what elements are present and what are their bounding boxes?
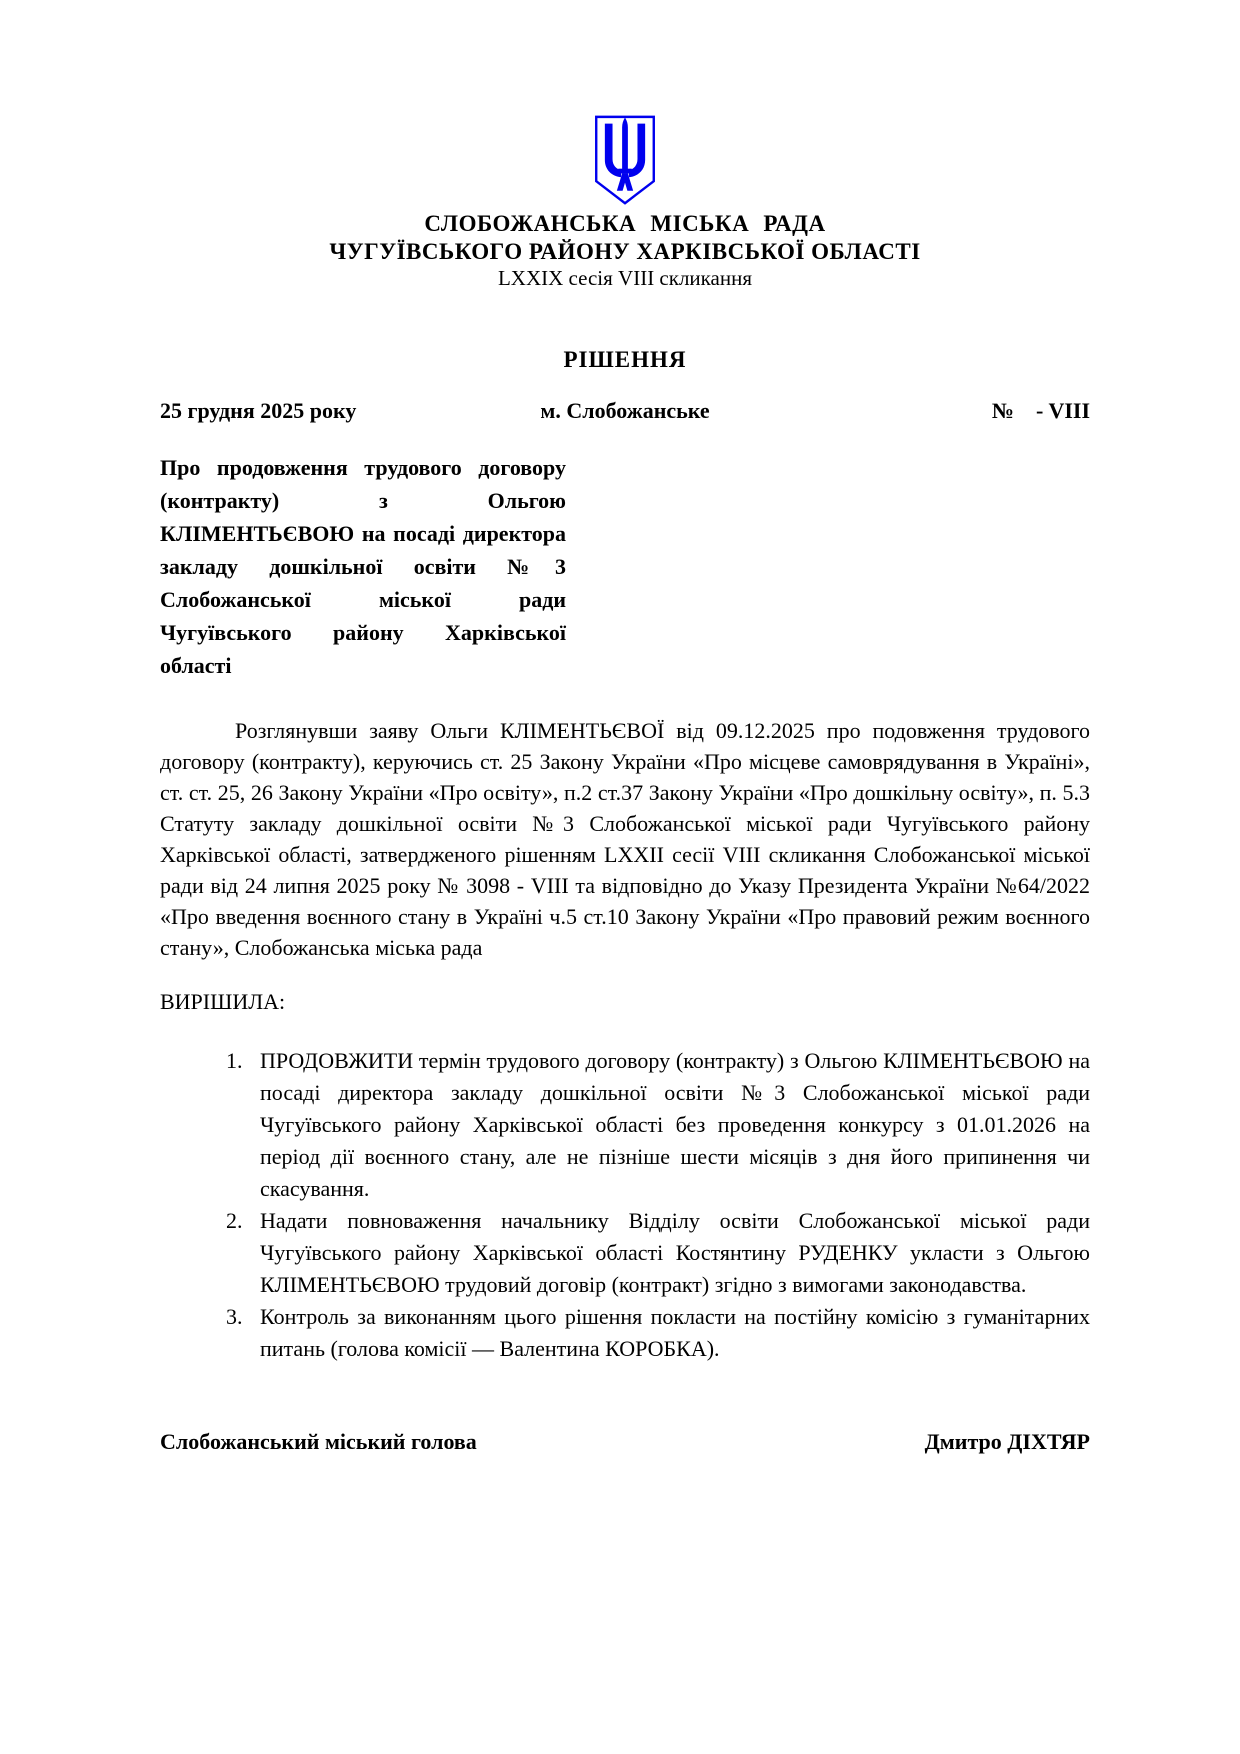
document-type-title: РІШЕННЯ bbox=[160, 347, 1090, 373]
subject-paragraph: Про продовження трудового договору (конт… bbox=[160, 451, 566, 682]
resolution-item: 1. ПРОДОВЖИТИ термін трудового договору … bbox=[226, 1045, 1090, 1205]
signature-position: Слобожанський міський голова bbox=[160, 1429, 477, 1455]
session-line: LXXIX сесія VIII скликання bbox=[160, 265, 1090, 291]
resolution-item-number: 2. bbox=[226, 1205, 260, 1301]
meta-row: 25 грудня 2025 року м. Слобожанське № - … bbox=[160, 398, 1090, 424]
resolution-item: 3. Контроль за виконанням цього рішення … bbox=[226, 1301, 1090, 1365]
resolution-item: 2. Надати повноваження начальнику Відділ… bbox=[226, 1205, 1090, 1301]
signature-row: Слобожанський міський голова Дмитро ДІХТ… bbox=[160, 1429, 1090, 1455]
resolution-item-text: Контроль за виконанням цього рішення пок… bbox=[260, 1301, 1090, 1365]
ukraine-trident-emblem-icon bbox=[592, 114, 658, 208]
resolution-item-text: ПРОДОВЖИТИ термін трудового договору (ко… bbox=[260, 1045, 1090, 1205]
resolution-item-number: 1. bbox=[226, 1045, 260, 1205]
resolution-item-text: Надати повноваження начальнику Відділу о… bbox=[260, 1205, 1090, 1301]
org-district-line: ЧУГУЇВСЬКОГО РАЙОНУ ХАРКІВСЬКОЇ ОБЛАСТІ bbox=[160, 238, 1090, 265]
resolved-label: ВИРІШИЛА: bbox=[160, 988, 1090, 1016]
document-page: СЛОБОЖАНСЬКА МІСЬКА РАДА ЧУГУЇВСЬКОГО РА… bbox=[0, 0, 1240, 1754]
document-number: № - VIII bbox=[710, 398, 1090, 424]
document-date: 25 грудня 2025 року bbox=[160, 398, 540, 424]
signature-name: Дмитро ДІХТЯР bbox=[925, 1429, 1090, 1455]
document-header: СЛОБОЖАНСЬКА МІСЬКА РАДА ЧУГУЇВСЬКОГО РА… bbox=[160, 114, 1090, 291]
document-place: м. Слобожанське bbox=[540, 398, 709, 424]
preamble-paragraph: Розглянувши заяву Ольги КЛІМЕНТЬЄВОЇ від… bbox=[160, 715, 1090, 963]
org-name-line: СЛОБОЖАНСЬКА МІСЬКА РАДА bbox=[160, 210, 1090, 238]
resolution-list: 1. ПРОДОВЖИТИ термін трудового договору … bbox=[160, 1045, 1090, 1365]
resolution-item-number: 3. bbox=[226, 1301, 260, 1365]
